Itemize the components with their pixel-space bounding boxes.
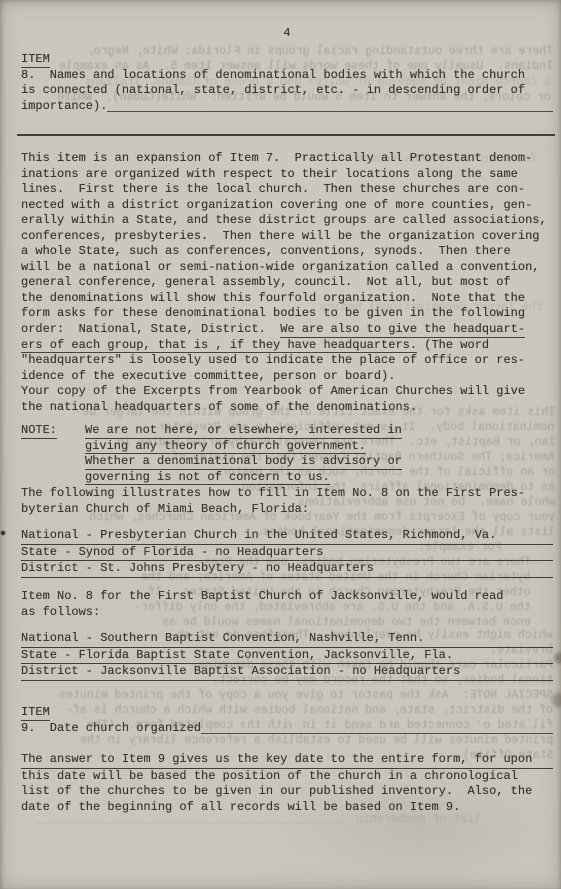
item9-line: 9. Date church organized: [21, 721, 553, 737]
example-entry-line: National - Presbyterian Church in the Un…: [21, 528, 553, 545]
section-divider-rule: [17, 134, 555, 136]
example2-filled-lines: National - Southern Baptist Convention, …: [21, 631, 553, 681]
example1-filled-lines: National - Presbyterian Church in the Un…: [21, 528, 553, 578]
paragraph-line: This item is an expansion of Item 7. Pra…: [21, 151, 553, 167]
item9-section: ITEM 9. Date church organized: [21, 705, 553, 736]
example-entry-line: National - Southern Baptist Convention, …: [21, 631, 553, 648]
paragraph-line: ers of each group, that is , if they hav…: [21, 338, 553, 354]
paragraph-line: erally within a State, and these distric…: [21, 213, 553, 229]
example2-intro-line1: Item No. 8 for the First Baptist Church …: [21, 589, 553, 605]
example2-intro: Item No. 8 for the First Baptist Church …: [21, 589, 553, 620]
note-line: governing is not of concern to us.: [21, 470, 553, 486]
paragraph-line: will be a national or semi-nation-wide o…: [21, 260, 553, 276]
example-entry-line: District - St. Johns Presbytery - no Hea…: [21, 561, 553, 578]
item9-heading: ITEM: [21, 705, 553, 721]
page-number: 4: [21, 26, 553, 42]
note-line: Whether a denominational body is advisor…: [21, 454, 553, 470]
note-block: NOTE:We are not here, or elsewhere, inte…: [21, 423, 553, 485]
paragraph-line: general conference, general assembly, co…: [21, 275, 553, 291]
example1-intro: The following illustrates how to fill in…: [21, 486, 553, 517]
paragraph-line: conferences, presbyteries. Then there wi…: [21, 229, 553, 245]
paragraph-line: the denominations will show this fourfol…: [21, 291, 553, 307]
paragraph-line: form asks for these denominational bodie…: [21, 306, 553, 322]
paragraph-line: date of the beginning of all records wil…: [21, 800, 553, 816]
item8-explanation-paragraph: This item is an expansion of Item 7. Pra…: [21, 151, 553, 415]
paragraph-line: nected with a district organization cove…: [21, 198, 553, 214]
example2-intro-line2: as follows:: [21, 605, 553, 621]
scanned-document-page: There are three outstanding racial group…: [0, 0, 561, 889]
bleedthrough-line: SPECIAL NOTE: Ask the pastor to give you…: [59, 688, 553, 703]
paragraph-line: order: National, State, District. We are…: [21, 322, 553, 338]
paragraph-line: inations are organized with respect to t…: [21, 167, 553, 183]
blank-answer-line: [201, 721, 553, 735]
paragraph-line: list of the churches to be given in our …: [21, 784, 553, 800]
paragraph-line: a whole State, such as conferences, conv…: [21, 244, 553, 260]
closing-paragraph: The answer to Item 9 gives us the key da…: [21, 752, 553, 815]
paragraph-line: idence of the executive committee, perso…: [21, 369, 553, 385]
note-line: NOTE:We are not here, or elsewhere, inte…: [21, 423, 553, 439]
item8-section: ITEM 8. Names and locations of denominat…: [21, 52, 553, 114]
note-line: giving any theory of church government.: [21, 439, 553, 455]
paragraph-line: the national headquarters of some of the…: [21, 400, 553, 416]
paragraph-line: this date will be based the position of …: [21, 769, 553, 785]
item8-line1: 8. Names and locations of denominational…: [21, 68, 553, 84]
blank-answer-line: [107, 99, 553, 113]
item8-line2: is connected (national, state, district,…: [21, 83, 553, 99]
example-entry-line: State - Florida Baptist State Convention…: [21, 648, 553, 665]
example-entry-line: State - Synod of Florida - no Headquarte…: [21, 545, 553, 562]
paragraph-line: lines. First there is the local church. …: [21, 182, 553, 198]
paragraph-line: The answer to Item 9 gives us the key da…: [21, 752, 553, 769]
paragraph-line: Your copy of the Excerpts from Yearbook …: [21, 384, 553, 400]
item8-line3: importance).: [21, 99, 553, 115]
example-entry-line: District - Jacksonville Baptist Associat…: [21, 664, 553, 681]
example1-intro-line1: The following illustrates how to fill in…: [21, 486, 553, 502]
item8-heading: ITEM: [21, 52, 553, 68]
example1-intro-line2: byterian Church of Miami Beach, Florida:: [21, 502, 553, 518]
note-label: NOTE:: [21, 423, 57, 439]
paragraph-line: "headquarters" is loosely used to indica…: [21, 353, 553, 369]
